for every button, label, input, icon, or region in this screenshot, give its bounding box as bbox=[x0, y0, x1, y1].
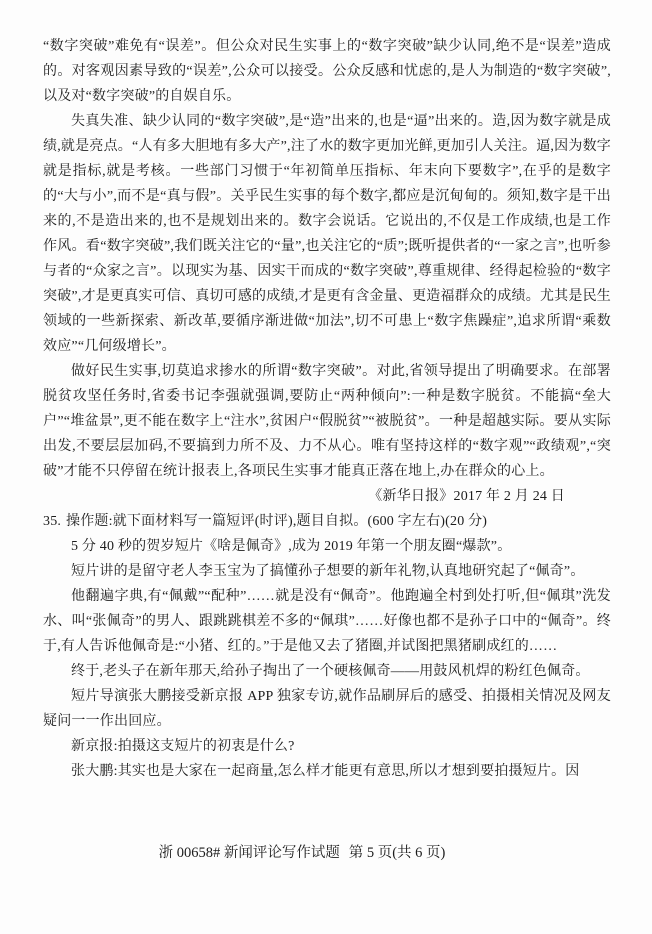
question-item-35: 35.操作题:就下面材料写一篇短评(时评),题目自拟。(600 字左右)(20 … bbox=[43, 509, 611, 534]
body-paragraph: 做好民生实事,切莫追求掺水的所谓“数字突破”。对此,省领导提出了明确要求。在部署… bbox=[43, 359, 611, 484]
material-paragraph: 短片导演张大鹏接受新京报 APP 独家专访,就作品刷屏后的感受、拍摄相关情况及网… bbox=[43, 684, 611, 734]
material-paragraph: 他翻遍字典,有“佩戴”“配种”……就是没有“佩奇”。他跑遍全村到处打听,但“佩琪… bbox=[43, 584, 611, 659]
page-footer: 浙 00658# 新闻评论写作试题 第 5 页(共 6 页) bbox=[43, 841, 611, 866]
material-paragraph: 5 分 40 秒的贺岁短片《啥是佩奇》,成为 2019 年第一个朋友圈“爆款”。 bbox=[43, 534, 611, 559]
material-paragraph: 短片讲的是留守老人李玉宝为了搞懂孙子想要的新年礼物,认真地研究起了“佩奇”。 bbox=[43, 559, 611, 584]
body-paragraph-continuation: “数字突破”难免有“误差”。但公众对民生实事上的“数字突破”缺少认同,绝不是“误… bbox=[43, 34, 611, 109]
footer-exam-title: 浙 00658# 新闻评论写作试题 bbox=[159, 845, 340, 861]
question-text: 操作题:就下面材料写一篇短评(时评),题目自拟。(600 字左右)(20 分) bbox=[66, 514, 487, 529]
question-number: 35. bbox=[43, 514, 61, 529]
material-paragraph-interview-answer: 张大鹏:其实也是大家在一起商量,怎么样才能更有意思,所以才想到要拍摄短片。因 bbox=[43, 759, 611, 784]
exam-page: “数字突破”难免有“误差”。但公众对民生实事上的“数字突破”缺少认同,绝不是“误… bbox=[0, 0, 652, 934]
material-paragraph-interview-question: 新京报:拍摄这支短片的初衷是什么? bbox=[43, 734, 611, 759]
footer-page-indicator: 第 5 页(共 6 页) bbox=[349, 845, 446, 861]
body-paragraph: 失真失准、缺少认同的“数字突破”,是“造”出来的,也是“逼”出来的。造,因为数字… bbox=[43, 109, 611, 359]
source-citation: 《新华日报》2017 年 2 月 24 日 bbox=[43, 484, 611, 509]
material-paragraph: 终于,老头子在新年那天,给孙子掏出了一个硬核佩奇——用鼓风机焊的粉红色佩奇。 bbox=[43, 659, 611, 684]
document-text: “数字突破”难免有“误差”。但公众对民生实事上的“数字突破”缺少认同,绝不是“误… bbox=[43, 34, 611, 784]
